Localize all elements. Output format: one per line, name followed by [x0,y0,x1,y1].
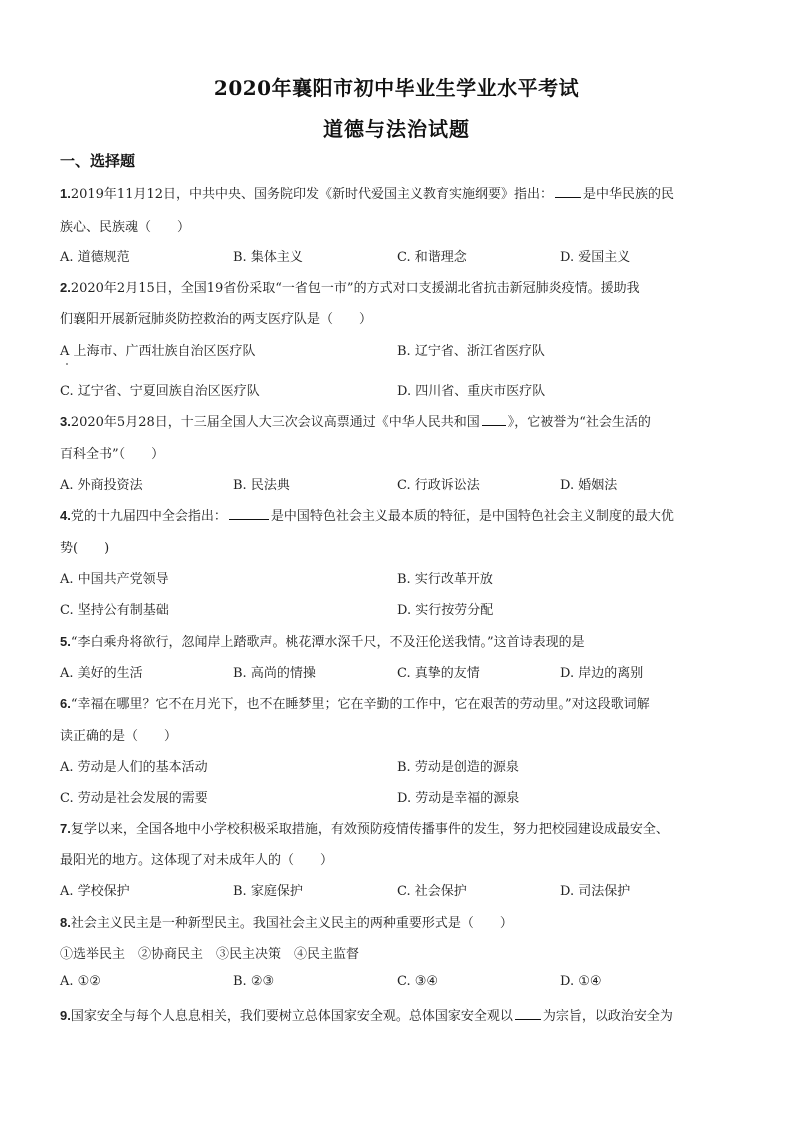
question-5-option-c: C. 真挚的友情 [397,662,480,681]
question-1-line-2: 族心、民族魂（ ） [60,216,190,235]
section-heading: 一、选择题 [60,150,135,171]
question-6-line-2: 读正确的是（ ） [60,725,177,744]
question-1-option-a: A. 道德规范 [60,246,130,265]
question-8-option-c: C. ③④ [397,974,438,989]
question-2-line-1: 2.2020年2月15日，全国19省份采取“一省包一市”的方式对口支援湖北省抗击… [60,277,640,296]
question-9-line-1: 9.国家安全与每个人息息相关，我们要树立总体国家安全观。总体国家安全观以为宗旨，… [60,1005,673,1024]
question-5-line-1: 5.“李白乘舟将欲行，忽闻岸上踏歌声。桃花潭水深千尺，不及汪伦送我情。”这首诗表… [60,631,585,650]
question-5-option-d: D. 岸边的离别 [560,662,643,681]
exam-subtitle: 道德与法治试题 [0,113,793,142]
question-8-option-d: D. ①④ [560,974,602,989]
question-1-line-1: 1.2019年11月12日，中共中央、国务院印发《新时代爱国主义教育实施纲要》指… [60,183,674,202]
question-5-option-b: B. 高尚的情操 [233,662,316,681]
question-6-option-c: C. 劳动是社会发展的需要 [60,787,208,806]
question-7-option-b: B. 家庭保护 [233,880,303,899]
answer-blank [482,413,506,426]
question-1-option-b: B. 集体主义 [233,246,303,265]
question-2-option-c: C. 辽宁省、宁夏回族自治区医疗队 [60,380,260,399]
answer-blank [229,507,269,520]
question-8-line-1: 8.社会主义民主是一种新型民主。我国社会主义民主的两种重要形式是（ ） [60,912,513,931]
question-3-line-1: 3.2020年5月28日，十三届全国人大三次会议高票通过《中华人民共和国》，它被… [60,411,651,430]
question-6-line-1: 6.“幸福在哪里？它不在月光下，也不在睡梦里；它在辛勤的工作中，它在艰苦的劳动里… [60,693,650,712]
stray-dot [66,363,68,365]
question-5-option-a: A. 美好的生活 [60,662,143,681]
exam-page: 2020年襄阳市初中毕业生学业水平考试 道德与法治试题 一、选择题 1.2019… [0,0,793,1122]
question-4-option-c: C. 坚持公有制基础 [60,599,169,618]
question-2-line-2: 们襄阳开展新冠肺炎防控救治的两支医疗队是（ ） [60,308,372,327]
question-7-option-c: C. 社会保护 [397,880,467,899]
question-3-line-2: 百科全书”（ ） [60,443,164,462]
question-8-option-a: A. ①② [60,974,101,989]
question-6-option-a: A. 劳动是人们的基本活动 [60,756,208,775]
question-1-option-d: D. 爱国主义 [560,246,630,265]
question-4-line-2: 势( ) [60,537,109,556]
question-4-line-1: 4.党的十九届四中全会指出：是中国特色社会主义最本质的特征，是中国特色社会主义制… [60,505,674,524]
question-3-option-c: C. 行政诉讼法 [397,474,480,493]
question-7-option-d: D. 司法保护 [560,880,630,899]
answer-blank [555,185,581,198]
question-2-option-d: D. 四川省、重庆市医疗队 [397,380,545,399]
question-7-option-a: A. 学校保护 [60,880,130,899]
question-2-option-b: B. 辽宁省、浙江省医疗队 [397,340,545,359]
answer-blank [515,1007,541,1020]
question-3-option-a: A. 外商投资法 [60,474,143,493]
question-3-option-d: D. 婚姻法 [560,474,617,493]
question-4-option-d: D. 实行按劳分配 [397,599,493,618]
question-8-option-b: B. ②③ [233,974,274,989]
question-4-option-a: A. 中国共产党领导 [60,568,169,587]
question-2-option-a: A 上海市、广西壮族自治区医疗队 [60,340,256,359]
question-7-line-1: 7.复学以来，全国各地中小学校积极采取措施，有效预防疫情传播事件的发生，努力把校… [60,818,669,837]
question-7-line-2: 最阳光的地方。这体现了对未成年人的（ ） [60,849,333,868]
question-1-option-c: C. 和谐理念 [397,246,467,265]
question-8-statements: ①选举民主 ②协商民主 ③民主决策 ④民主监督 [60,943,359,962]
exam-title: 2020年襄阳市初中毕业生学业水平考试 [0,72,793,101]
question-4-option-b: B. 实行改革开放 [397,568,493,587]
question-6-option-d: D. 劳动是幸福的源泉 [397,787,519,806]
question-6-option-b: B. 劳动是创造的源泉 [397,756,519,775]
question-3-option-b: B. 民法典 [233,474,290,493]
